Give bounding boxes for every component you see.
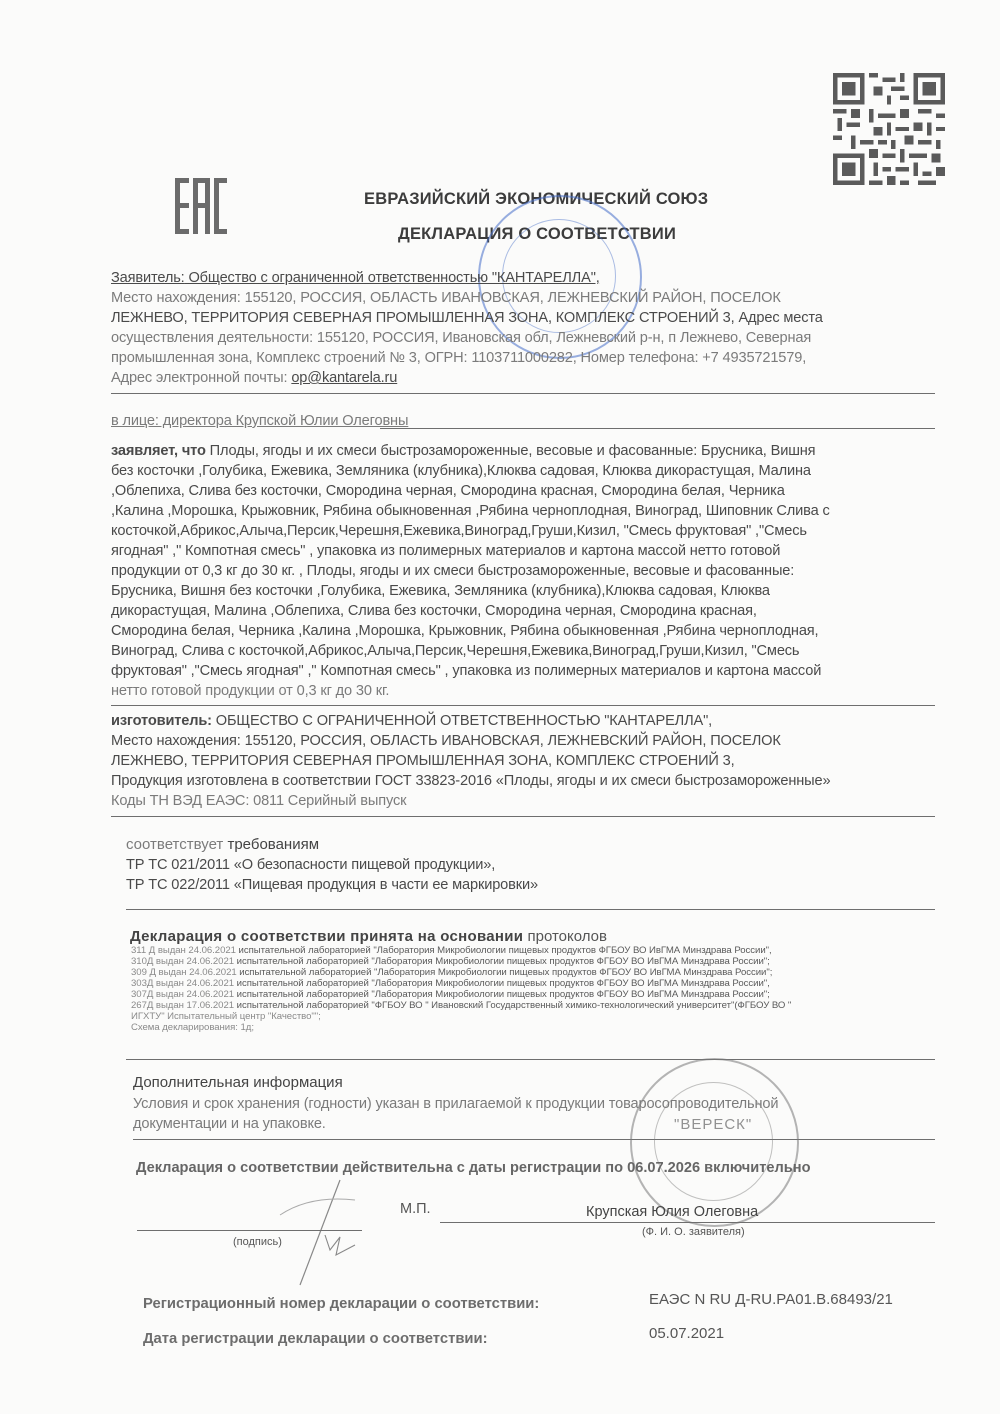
signature-caption: (подпись)	[233, 1236, 282, 1248]
registration-number-value: ЕАЭС N RU Д-RU.РА01.В.68493/21	[649, 1291, 893, 1308]
manufacturer-line-2: ЛЕЖНЕВО, ТЕРРИТОРИЯ СЕВЕРНАЯ ПРОМЫШЛЕННА…	[111, 753, 735, 769]
requirement-item-1: ТР ТС 021/2011 «О безопасности пищевой п…	[126, 857, 495, 873]
validity-text: Декларация о соответствии действительна …	[136, 1160, 811, 1176]
applicant-address-line-2: ЛЕЖНЕВО, ТЕРРИТОРИЯ СЕВЕРНАЯ ПРОМЫШЛЕННА…	[111, 310, 823, 326]
declaration-line-5: косточкой,Абрикос,Алыча,Персик,Черешня,Е…	[111, 523, 807, 539]
document-title: ДЕКЛАРАЦИЯ О СООТВЕТСТВИИ	[398, 225, 676, 244]
applicant-heading: Заявитель: Общество с ограниченной ответ…	[111, 268, 600, 289]
registration-date-value: 05.07.2021	[649, 1325, 724, 1342]
protocol-item: 310Д выдан 24.06.2021 испытательной лабо…	[131, 956, 770, 967]
additional-line-1: Условия и срок хранения (годности) указа…	[133, 1096, 778, 1112]
registration-date-label: Дата регистрации декларации о соответств…	[143, 1331, 488, 1347]
declaration-line-3: ,Облепиха, Слива без косточки, Смородина…	[111, 483, 785, 499]
declaration-line-10: Смородина белая, Черника ,Калина ,Морошк…	[111, 623, 818, 639]
manufacturer-line-4: Коды ТН ВЭД ЕАЭС: 0811 Серийный выпуск	[111, 793, 406, 809]
protocol-item: 267Д выдан 17.06.2021 испытательной лабо…	[131, 1000, 791, 1011]
divider	[380, 428, 935, 429]
applicant-name: Общество с ограниченной ответственностью…	[185, 270, 600, 286]
additional-line-2: документации и на упаковке.	[133, 1116, 326, 1132]
union-title: ЕВРАЗИЙСКИЙ ЭКОНОМИЧЕСКИЙ СОЮЗ	[364, 190, 708, 209]
protocol-continuation: ИГХТУ" Испытательный центр "Качество"";	[131, 1011, 321, 1022]
divider	[111, 816, 935, 817]
declaration-line-4: ,Калина ,Морошка, Крыжовник, Рябина обык…	[111, 503, 830, 519]
requirement-item-2: ТР ТС 022/2011 «Пищевая продукция в част…	[126, 877, 538, 893]
divider	[111, 393, 935, 394]
signature-line	[137, 1230, 362, 1231]
applicant-label: Заявитель:	[111, 270, 185, 286]
protocol-item: 307Д выдан 24.06.2021 испытательной лабо…	[131, 989, 770, 1000]
additional-heading: Дополнительная информация	[133, 1074, 343, 1091]
eac-logo-icon	[175, 178, 227, 234]
protocols-heading: Декларация о соответствии принята на осн…	[130, 928, 607, 945]
declaration-line-12: фруктовая" ,"Смесь ягодная" ," Компотная…	[111, 663, 821, 679]
divider	[126, 909, 935, 910]
protocol-item: 311 Д выдан 24.06.2021 испытательной лаб…	[131, 945, 772, 956]
declaration-line-11: Виноград, Слива с косточкой,Абрикос,Алыч…	[111, 643, 799, 659]
qr-code-icon[interactable]	[833, 73, 945, 185]
declares-label: заявляет, что	[111, 443, 206, 459]
email-label: Адрес электронной почты:	[111, 370, 291, 386]
declaration-line-6: ягодная" ," Компотная смесь" , упаковка …	[111, 543, 780, 559]
applicant-address-line-3: осуществления деятельности: 155120, РОСС…	[111, 330, 811, 346]
declaration-page: ЕВРАЗИЙСКИЙ ЭКОНОМИЧЕСКИЙ СОЮЗ ДЕКЛАРАЦИ…	[0, 0, 1000, 1414]
applicant-address-line-4: промышленная зона, Комплекс строений № 3…	[111, 350, 806, 366]
manufacturer-label: изготовитель:	[111, 713, 212, 729]
divider	[126, 1059, 935, 1060]
manufacturer-line-1: Место нахождения: 155120, РОССИЯ, ОБЛАСТ…	[111, 733, 781, 749]
requirements-heading: соответствует требованиям	[126, 836, 319, 853]
protocol-item: 303Д выдан 24.06.2021 испытательной лабо…	[131, 978, 770, 989]
divider	[111, 705, 935, 706]
protocol-item: 309 Д выдан 24.06.2021 испытательной лаб…	[131, 967, 772, 978]
signature-icon	[270, 1175, 360, 1295]
signer-caption: (Ф. И. О. заявителя)	[642, 1226, 745, 1238]
divider	[133, 1139, 935, 1140]
registration-number-label: Регистрационный номер декларации о соотв…	[143, 1296, 539, 1312]
declaration-line-8: Брусника, Вишня без косточки ,Голубика, …	[111, 583, 770, 599]
declaration-line-2: без косточки ,Голубика, Ежевика, Земляни…	[111, 463, 811, 479]
signer-name-line	[440, 1222, 935, 1223]
declaration-line-9: дикорастущая, Малина ,Облепиха, Слива бе…	[111, 603, 757, 619]
declaration-line-1: Плоды, ягоды и их смеси быстрозамороженн…	[206, 443, 816, 459]
certification-stamp: "ВЕРЕСК"	[630, 1058, 799, 1227]
declaration-line-13: нетто готовой продукции от 0,3 кг до 30 …	[111, 683, 389, 699]
applicant-address-line-1: Место нахождения: 155120, РОССИЯ, ОБЛАСТ…	[111, 290, 781, 306]
signer-name: Крупская Юлия Олеговна	[586, 1204, 758, 1220]
declaration-scheme: Схема декларирования: 1д;	[131, 1022, 254, 1033]
declaration-line-7: продукции от 0,3 кг до 30 кг. , Плоды, я…	[111, 563, 794, 579]
email-link[interactable]: op@kantarela.ru	[291, 370, 397, 386]
manufacturer-line-3: Продукция изготовлена в соответствии ГОС…	[111, 773, 830, 789]
represented-by: в лице: директора Крупской Юлии Олеговны	[111, 413, 408, 429]
manufacturer-name: ОБЩЕСТВО С ОГРАНИЧЕННОЙ ОТВЕТСТВЕННОСТЬЮ…	[212, 713, 712, 729]
stamp-place-label: М.П.	[400, 1201, 431, 1217]
